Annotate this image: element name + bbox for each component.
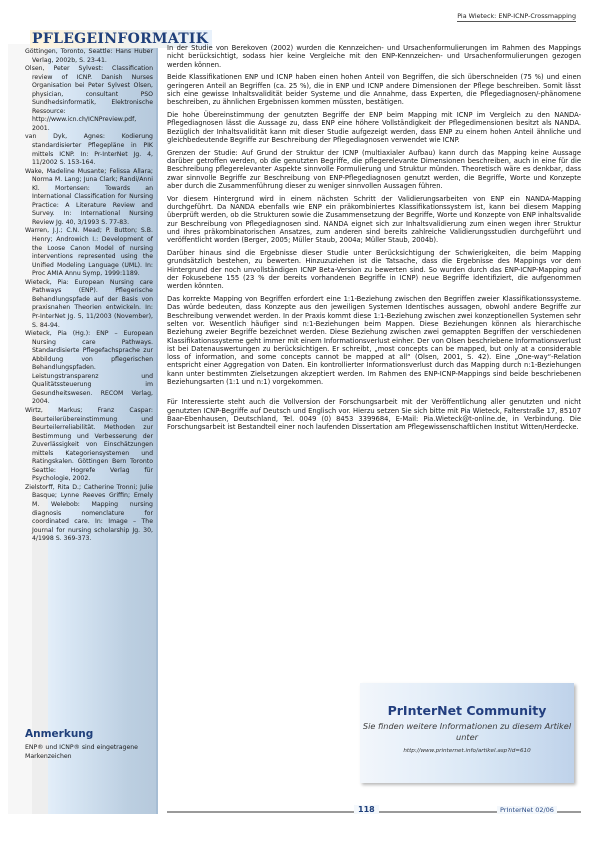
page-number: 118 [354, 805, 379, 814]
reference-item: Olsen, Peter Sylvest: Classification rev… [25, 65, 153, 133]
reference-item: Wieteck, Pia: European Nursing care Path… [25, 279, 153, 330]
body-paragraph: Vor diesem Hintergrund wird in einem näc… [167, 195, 581, 245]
body-paragraph: Beide Klassifikationen ENP und ICNP habe… [167, 73, 581, 106]
body-paragraph: Die hohe Übereinstimmung der genutzten B… [167, 111, 581, 144]
body-paragraph: Darüber hinaus sind die Ergebnisse diese… [167, 249, 581, 290]
issue-label: PrInterNet 02/06 [497, 806, 557, 814]
community-box: PrInterNet Community Sie finden weitere … [360, 683, 574, 783]
community-title: PrInterNet Community [360, 703, 574, 718]
reference-item: Zielstorff, Rita D.; Catherine Tronni; J… [25, 484, 153, 544]
running-head: Pia Wieteck: ENP-ICNP-Crossmapping [457, 12, 576, 22]
reference-list: Göttingen, Toronto, Seattle: Hans Huber … [25, 48, 153, 544]
note-text: ENP® und ICNP® sind eingetragene Markenz… [25, 744, 153, 761]
body-paragraph: Das korrekte Mapping von Begriffen erfor… [167, 295, 581, 386]
community-subtitle: Sie finden weitere Informationen zu dies… [360, 721, 574, 742]
community-link[interactable]: http://www.printernet.info/artikel.asp?i… [360, 748, 574, 754]
reference-item: Göttingen, Toronto, Seattle: Hans Huber … [25, 48, 153, 65]
reference-item: Warren, J.J.; C.N. Mead; P. Button; S.B.… [25, 227, 153, 278]
contact-paragraph: Für Interessierte steht auch die Vollver… [167, 398, 581, 431]
reference-item: Wieteck, Pia (Hg.): ENP – European Nursi… [25, 330, 153, 407]
article-body: In der Studie von Berekoven (2002) wurde… [167, 44, 581, 436]
note-heading: Anmerkung [25, 728, 93, 740]
body-paragraph: In der Studie von Berekoven (2002) wurde… [167, 44, 581, 69]
body-paragraph: Grenzen der Studie: Auf Grund der Strukt… [167, 149, 581, 190]
reference-item: Wirtz, Markus; Franz Caspar: Beurteilerü… [25, 407, 153, 484]
reference-item: van Dyk, Agnes: Kodierung standardisiert… [25, 133, 153, 167]
reference-item: Wake, Madeline Musante; Felissa Allara; … [25, 168, 153, 228]
